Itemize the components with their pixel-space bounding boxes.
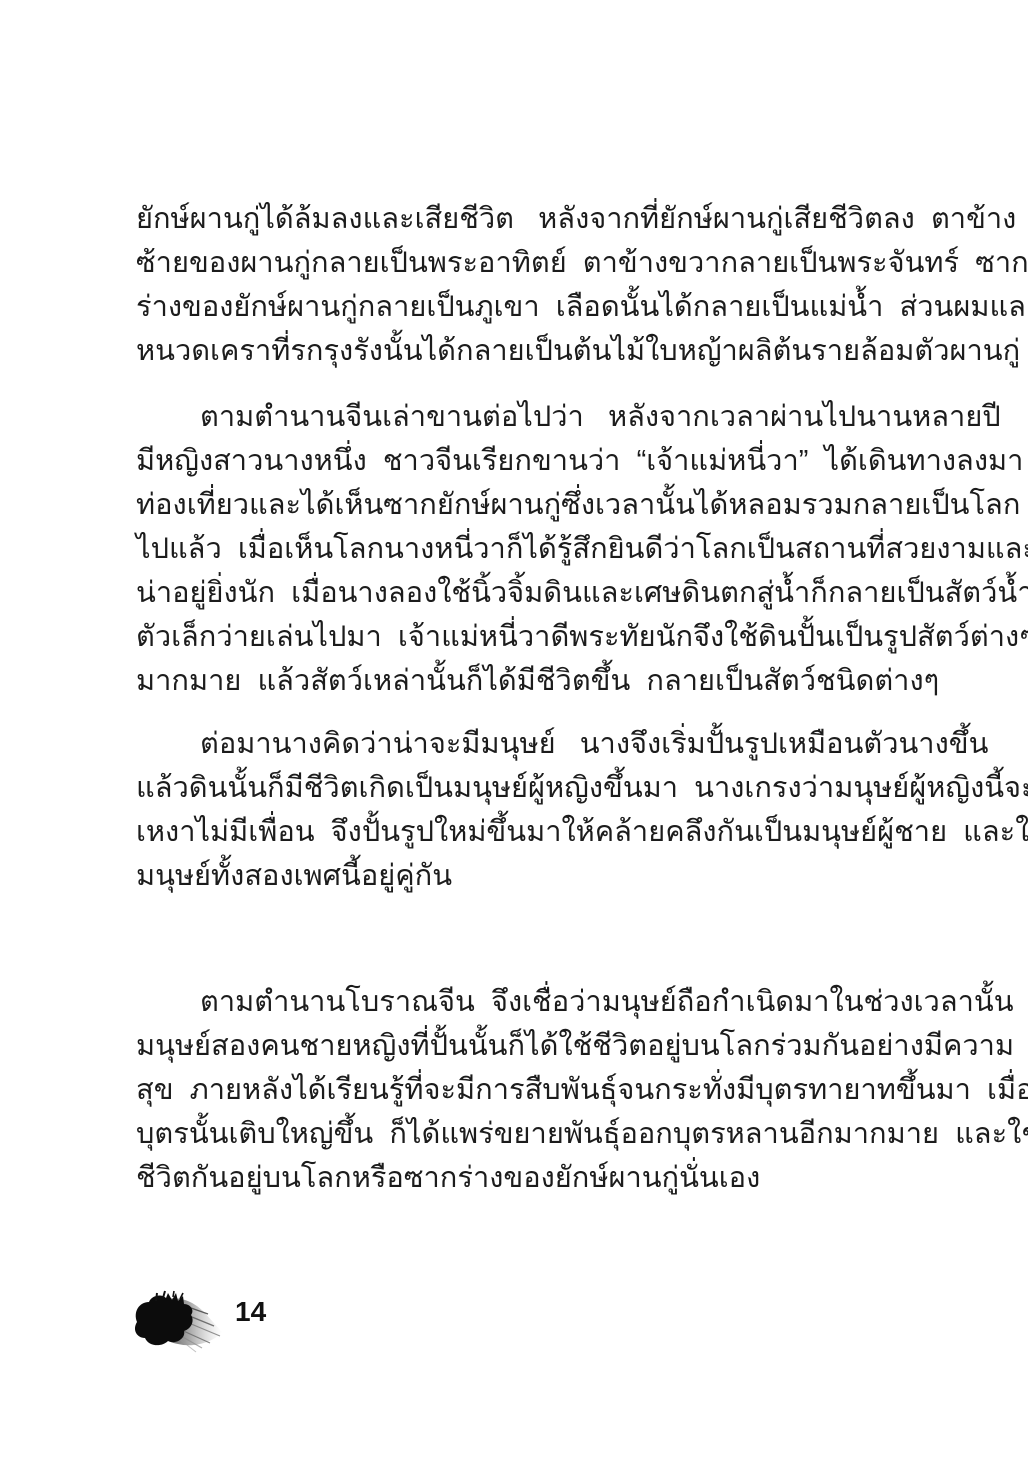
- text-line: ชีวิตกันอยู่บนโลกหรือซากร่างของยักษ์ผานก…: [136, 1156, 892, 1200]
- page-number: 14: [235, 1298, 266, 1326]
- paragraph-3: ต่อมานางคิดว่าน่าจะมีมนุษย์ นางจึงเริ่มป…: [136, 722, 892, 898]
- text-line: ท่องเที่ยวและได้เห็นซากยักษ์ผานกู่ซึ่งเว…: [136, 483, 892, 527]
- text-line: บุตรนั้นเติบใหญ่ขึ้น ก็ได้แพร่ขยายพันธุ์…: [136, 1112, 892, 1156]
- text-line: แล้วดินนั้นก็มีชีวิตเกิดเป็นมนุษย์ผู้หญิ…: [136, 766, 892, 810]
- text-line: มีหญิงสาวนางหนึ่ง ชาวจีนเรียกขานว่า “เจ้…: [136, 439, 892, 483]
- book-page: ยักษ์ผานกู่ได้ล้มลงและเสียชีวิต หลังจากท…: [0, 0, 1028, 1470]
- text-line: ตามตำนานจีนเล่าขานต่อไปว่า หลังจากเวลาผ่…: [136, 395, 892, 439]
- text-line: เหงาไม่มีเพื่อน จึงปั้นรูปใหม่ขึ้นมาให้ค…: [136, 810, 892, 854]
- text-line: มนุษย์ทั้งสองเพศนี้อยู่คู่กัน: [136, 854, 892, 898]
- ink-brush-splash-icon: [128, 1288, 228, 1356]
- text-line: ตามตำนานโบราณจีน จึงเชื่อว่ามนุษย์ถือกำเ…: [136, 980, 892, 1024]
- text-line: ไปแล้ว เมื่อเห็นโลกนางหนี่วาก็ได้รู้สึกย…: [136, 527, 892, 571]
- text-line: หนวดเคราที่รกรุงรังนั้นได้กลายเป็นต้นไม้…: [136, 329, 892, 373]
- text-line: มากมาย แล้วสัตว์เหล่านั้นก็ได้มีชีวิตขึ้…: [136, 659, 892, 703]
- text-line: ซ้ายของผานกู่กลายเป็นพระอาทิตย์ ตาข้างขว…: [136, 241, 892, 285]
- paragraph-1: ยักษ์ผานกู่ได้ล้มลงและเสียชีวิต หลังจากท…: [136, 197, 892, 373]
- text-line: ร่างของยักษ์ผานกู่กลายเป็นภูเขา เลือดนั้…: [136, 285, 892, 329]
- page-footer: 14: [0, 1284, 1028, 1364]
- page-text: ยักษ์ผานกู่ได้ล้มลงและเสียชีวิต หลังจากท…: [136, 197, 892, 1200]
- text-line: ต่อมานางคิดว่าน่าจะมีมนุษย์ นางจึงเริ่มป…: [136, 722, 892, 766]
- text-line: ยักษ์ผานกู่ได้ล้มลงและเสียชีวิต หลังจากท…: [136, 197, 892, 241]
- text-line: น่าอยู่ยิ่งนัก เมื่อนางลองใช้นิ้วจิ้มดิน…: [136, 571, 892, 615]
- text-line: ตัวเล็กว่ายเล่นไปมา เจ้าแม่หนี่วาดีพระทั…: [136, 615, 892, 659]
- text-line: มนุษย์สองคนชายหญิงที่ปั้นนั้นก็ได้ใช้ชีว…: [136, 1024, 892, 1068]
- paragraph-4: ตามตำนานโบราณจีน จึงเชื่อว่ามนุษย์ถือกำเ…: [136, 980, 892, 1200]
- paragraph-2: ตามตำนานจีนเล่าขานต่อไปว่า หลังจากเวลาผ่…: [136, 395, 892, 703]
- text-line: สุข ภายหลังได้เรียนรู้ที่จะมีการสืบพันธุ…: [136, 1068, 892, 1112]
